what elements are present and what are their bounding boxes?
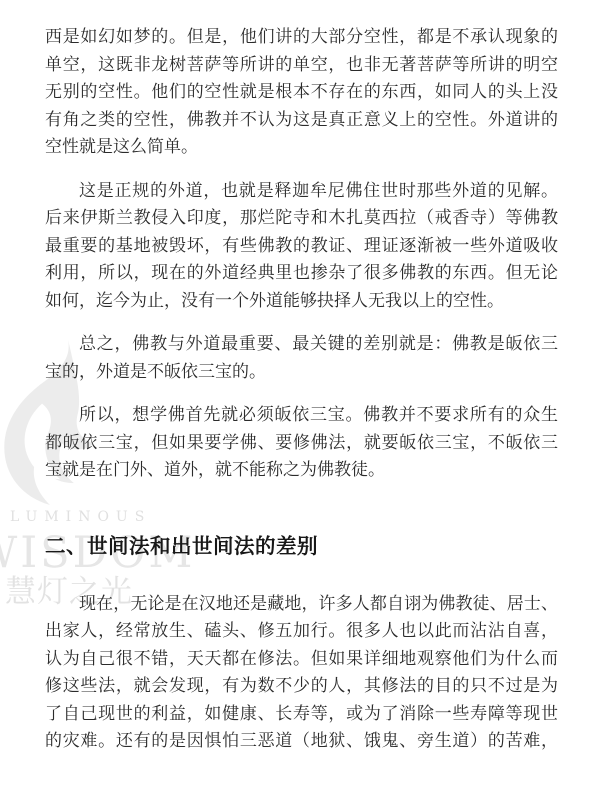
section-heading: 二、世间法和出世间法的差别 xyxy=(45,532,558,560)
text-line: 利用，所以，现在的外道经典里也掺杂了很多佛教的东西。但无论 xyxy=(45,260,558,288)
paragraph: 现在，无论是在汉地还是藏地，许多人都自诩为佛教徒、居士、出家人，经常放生、磕头、… xyxy=(45,591,558,756)
text-line: 的灾难。还有的是因惧怕三恶道（地狱、饿鬼、旁生道）的苦难， xyxy=(45,728,558,756)
document-body: 西是如幻如梦的。但是，他们讲的大部分空性，都是不承认现象的单空，这既非龙树菩萨等… xyxy=(0,0,600,800)
text-line: 后来伊斯兰教侵入印度，那烂陀寺和木扎莫西拉（戒香寺）等佛教 xyxy=(45,205,558,233)
text-line: 宝就是在门外、道外，就不能称之为佛教徒。 xyxy=(45,457,558,485)
text-line: 认为自己很不错，天天都在修法。但如果详细地观察他们为什么而 xyxy=(45,646,558,674)
paragraph: 这是正规的外道，也就是释迦牟尼佛住世时那些外道的见解。后来伊斯兰教侵入印度，那烂… xyxy=(45,178,558,316)
text-line: 所以，想学佛首先就必须皈依三宝。佛教并不要求所有的众生 xyxy=(45,402,558,430)
text-line: 这是正规的外道，也就是释迦牟尼佛住世时那些外道的见解。 xyxy=(45,178,558,206)
paragraph: 西是如幻如梦的。但是，他们讲的大部分空性，都是不承认现象的单空，这既非龙树菩萨等… xyxy=(45,24,558,162)
text-line: 如何，迄今为止，没有一个外道能够抉择人无我以上的空性。 xyxy=(45,288,558,316)
text-line: 总之，佛教与外道最重要、最关键的差别就是：佛教是皈依三 xyxy=(45,331,558,359)
text-line: 有角之类的空性，佛教并不认为这是真正意义上的空性。外道讲的 xyxy=(45,107,558,135)
text-line: 了自己现世的利益，如健康、长寿等，或为了消除一些寿障等现世 xyxy=(45,701,558,729)
text-line: 修这些法，就会发现，有为数不少的人，其修法的目的只不过是为 xyxy=(45,673,558,701)
text-line: 单空，这既非龙树菩萨等所讲的单空，也非无著菩萨等所讲的明空 xyxy=(45,52,558,80)
text-line: 最重要的基地被毁坏，有些佛教的教证、理证逐渐被一些外道吸收 xyxy=(45,233,558,261)
paragraph: 总之，佛教与外道最重要、最关键的差别就是：佛教是皈依三宝的，外道是不皈依三宝的。 xyxy=(45,331,558,386)
book-page: { "page": { "background": "#ffffff", "bo… xyxy=(0,0,600,800)
paragraph: 所以，想学佛首先就必须皈依三宝。佛教并不要求所有的众生都皈依三宝，但如果要学佛、… xyxy=(45,402,558,485)
text-line: 宝的，外道是不皈依三宝的。 xyxy=(45,359,558,387)
text-line: 现在，无论是在汉地还是藏地，许多人都自诩为佛教徒、居士、 xyxy=(45,591,558,619)
text-line: 空性就是这么简单。 xyxy=(45,134,558,162)
text-line: 出家人，经常放生、磕头、修五加行。很多人也以此而沾沾自喜， xyxy=(45,618,558,646)
text-line: 都皈依三宝，但如果要学佛、要修佛法，就要皈依三宝，不皈依三 xyxy=(45,430,558,458)
text-line: 无别的空性。他们的空性就是根本不存在的东西，如同人的头上没 xyxy=(45,79,558,107)
text-line: 西是如幻如梦的。但是，他们讲的大部分空性，都是不承认现象的 xyxy=(45,24,558,52)
